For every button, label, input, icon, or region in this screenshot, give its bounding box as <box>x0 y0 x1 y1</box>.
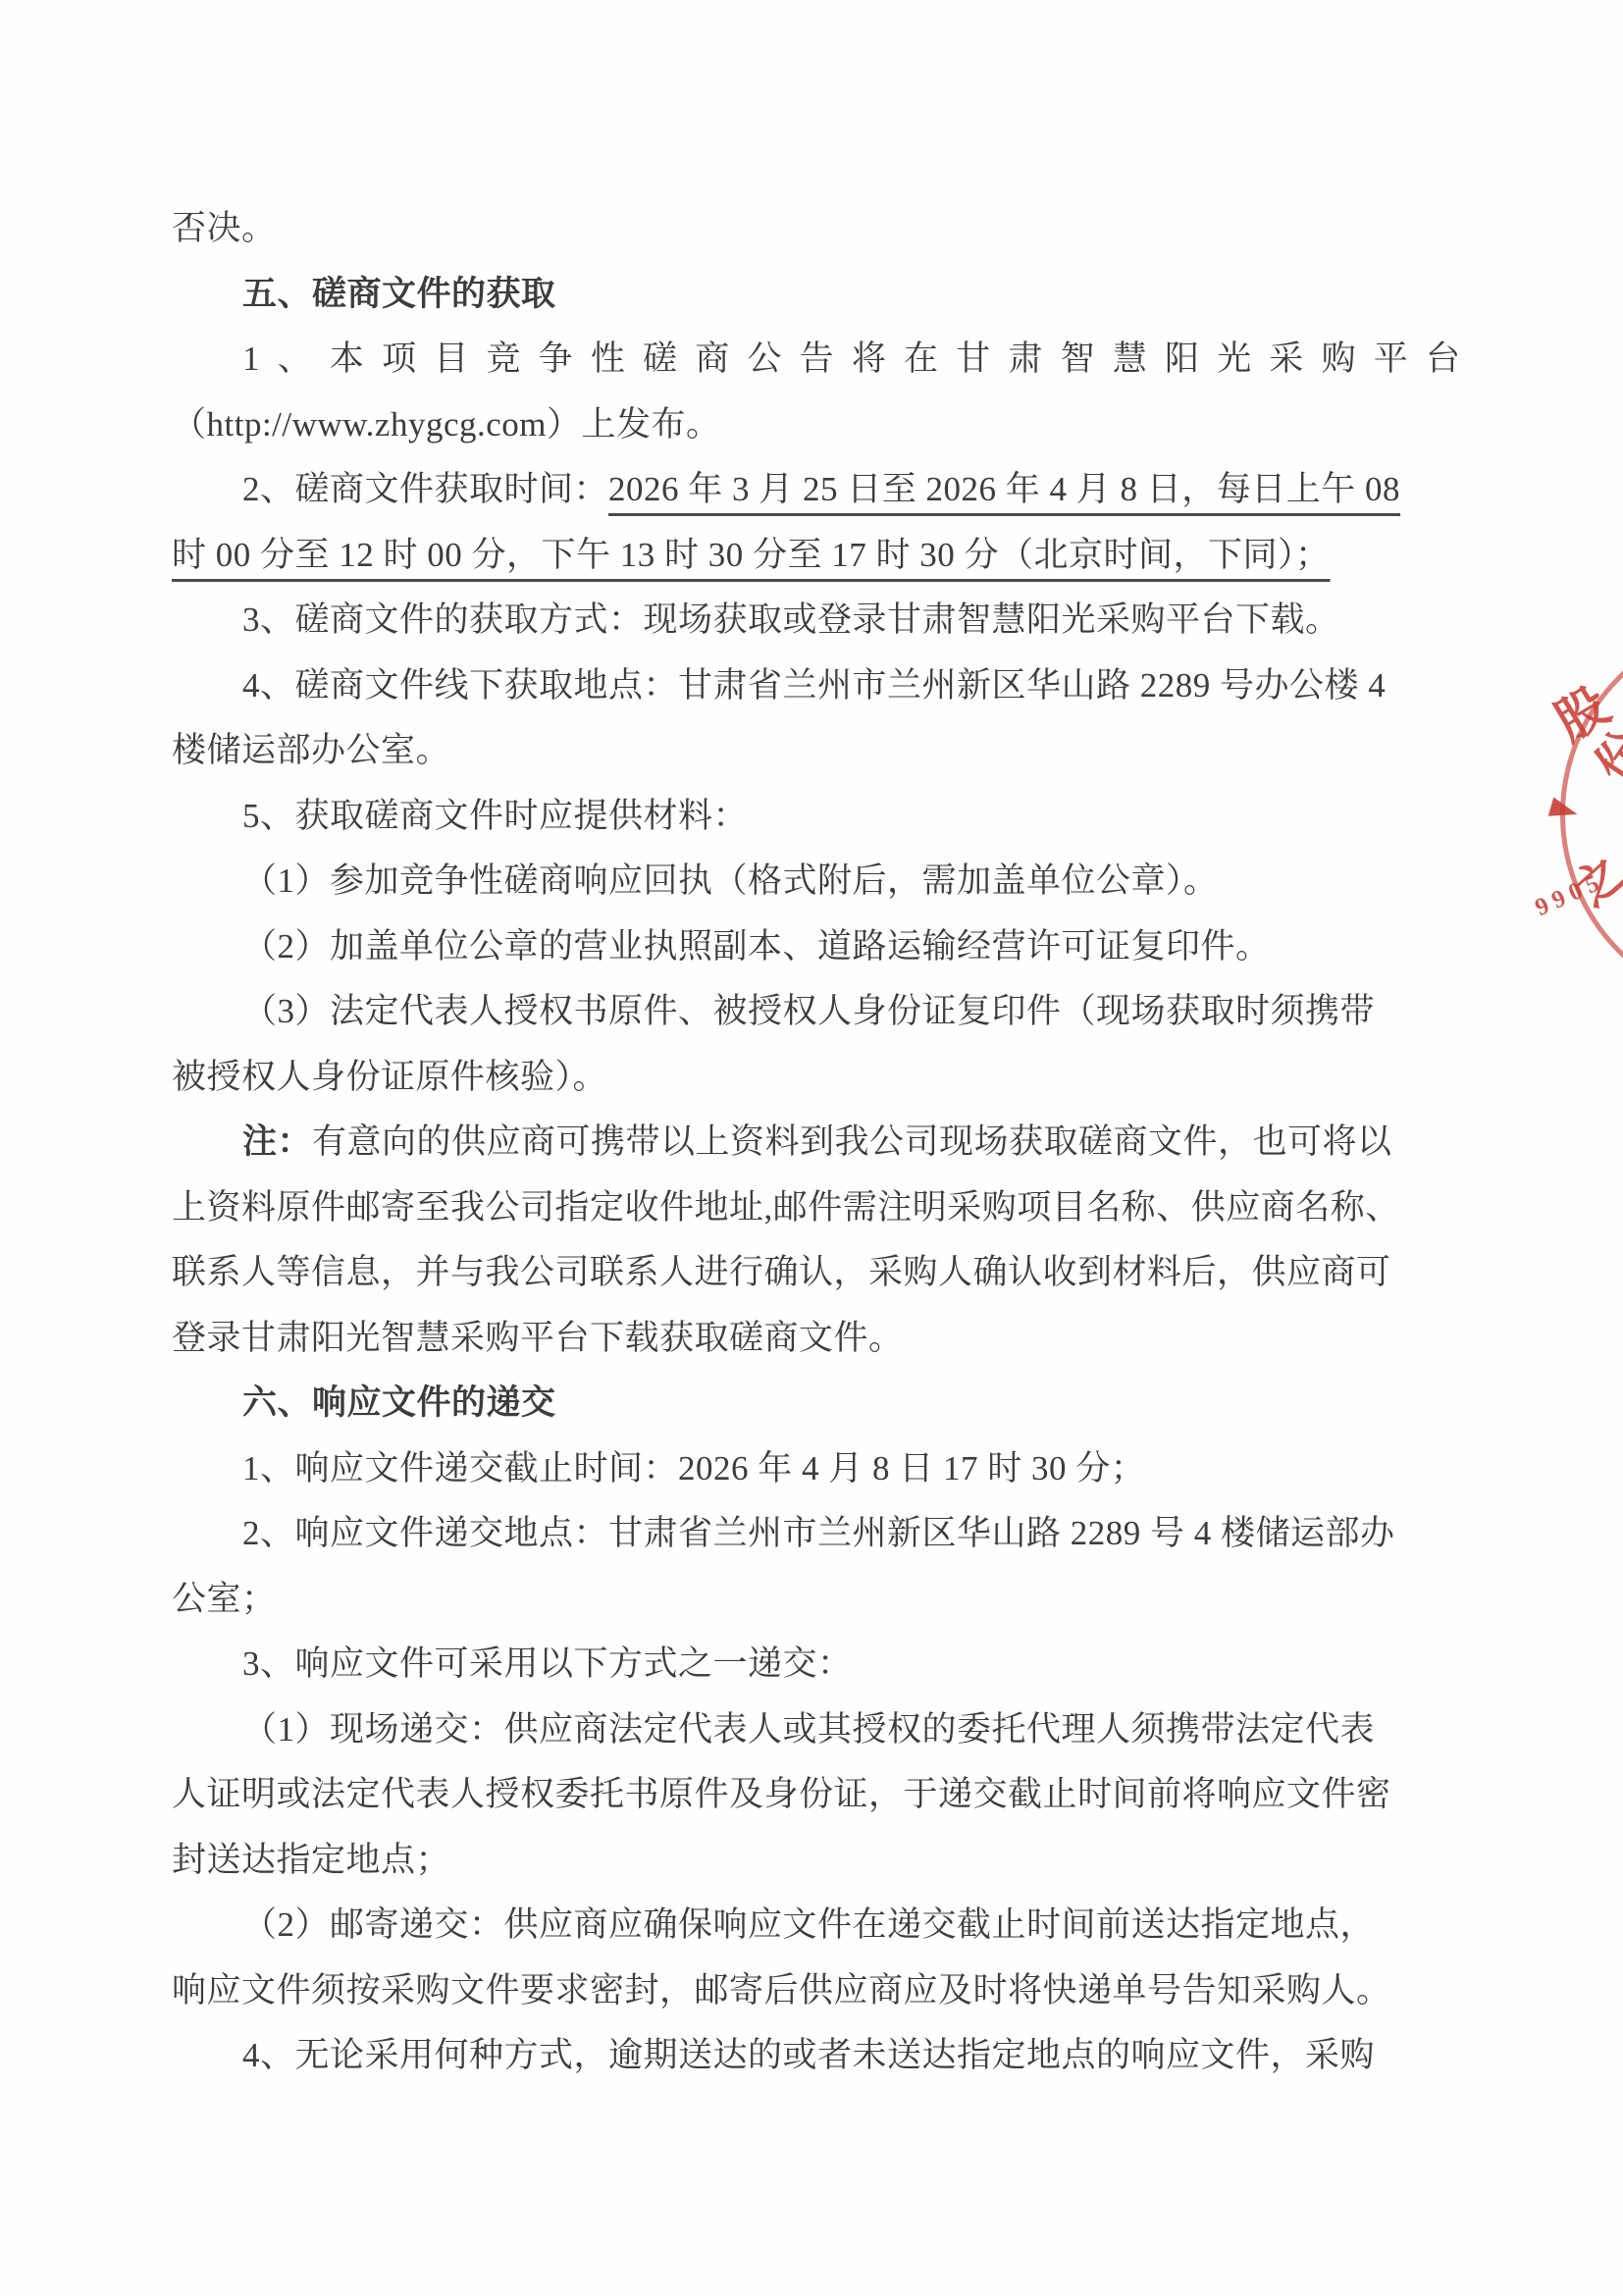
text-line-26: 封送达指定地点； <box>172 1828 1462 1894</box>
red-seal-stamp: 股 份 之 9905 <box>1531 608 1623 1020</box>
stamp-star-fragment <box>1548 798 1580 824</box>
text-segment: 3、响应文件可采用以下方式之一递交： <box>242 1644 853 1683</box>
text-segment: 5、获取磋商文件时应提供材料： <box>242 797 748 835</box>
text-segment: 公室； <box>172 1580 277 1618</box>
text-line-28: 响应文件须按采购文件要求密封，邮寄后供应商应及时将快递单号告知采购人。 <box>172 1958 1462 2024</box>
text-line-5: 2、磋商文件获取时间：2026 年 3 月 25 日至 2026 年 4 月 8… <box>172 457 1462 523</box>
text-line-25: 人证明或法定代表人授权委托书原件及身份证，于递交截止时间前将响应文件密 <box>172 1762 1462 1828</box>
text-segment: 六、响应文件的递交 <box>242 1383 556 1422</box>
text-line-17: 联系人等信息，并与我公司联系人进行确认，采购人确认收到材料后，供应商可 <box>172 1240 1462 1306</box>
text-line-22: 公室； <box>172 1567 1462 1633</box>
text-line-18: 登录甘肃阳光智慧采购平台下载获取磋商文件。 <box>172 1306 1462 1372</box>
text-line-4: （http://www.zhygcg.com）上发布。 <box>172 392 1462 458</box>
text-line-11: （1）参加竞争性磋商响应回执（格式附后，需加盖单位公章）。 <box>172 849 1462 914</box>
stamp-serial-digits: 9905 <box>1532 867 1609 922</box>
text-segment: （3）法定代表人授权书原件、被授权人身份证复印件（现场获取时须携带 <box>242 992 1375 1030</box>
text-line-1: 否决。 <box>172 196 1462 262</box>
text-segment: （1）参加竞争性磋商响应回执（格式附后，需加盖单位公章）。 <box>242 861 1219 900</box>
text-line-19: 六、响应文件的递交 <box>172 1371 1462 1436</box>
text-line-24: （1）现场递交：供应商法定代表人或其授权的委托代理人须携带法定代表 <box>172 1697 1462 1763</box>
text-segment: 3、磋商文件的获取方式：现场获取或登录甘肃智慧阳光采购平台下载。 <box>242 600 1340 639</box>
text-line-8: 4、磋商文件线下获取地点：甘肃省兰州市兰州新区华山路 2289 号办公楼 4 <box>172 653 1462 719</box>
text-segment: 2、响应文件递交地点：甘肃省兰州市兰州新区华山路 2289 号 4 楼储运部办 <box>242 1514 1395 1552</box>
text-segment: 人证明或法定代表人授权委托书原件及身份证，于递交截止时间前将响应文件密 <box>172 1775 1391 1813</box>
text-segment: （2）邮寄递交：供应商应确保响应文件在递交截止时间前送达指定地点， <box>242 1905 1375 1944</box>
text-segment: 楼储运部办公室。 <box>172 731 450 769</box>
document-page: 否决。五、磋商文件的获取1、本项目竞争性磋商公告将在甘肃智慧阳光采购平台（htt… <box>0 0 1623 2296</box>
text-line-27: （2）邮寄递交：供应商应确保响应文件在递交截止时间前送达指定地点， <box>172 1893 1462 1958</box>
stamp-character: 份 <box>1575 713 1623 794</box>
text-segment: 否决。 <box>172 209 277 247</box>
text-segment: 封送达指定地点； <box>172 1841 450 1879</box>
document-body: 否决。五、磋商文件的获取1、本项目竞争性磋商公告将在甘肃智慧阳光采购平台（htt… <box>172 196 1462 2089</box>
text-line-7: 3、磋商文件的获取方式：现场获取或登录甘肃智慧阳光采购平台下载。 <box>172 588 1462 653</box>
text-line-21: 2、响应文件递交地点：甘肃省兰州市兰州新区华山路 2289 号 4 楼储运部办 <box>172 1501 1462 1567</box>
text-line-29: 4、无论采用何种方式，逾期送达的或者未送达指定地点的响应文件，采购 <box>172 2023 1462 2089</box>
text-line-23: 3、响应文件可采用以下方式之一递交： <box>172 1632 1462 1697</box>
stamp-character: 股 <box>1539 665 1620 755</box>
text-segment: （1）现场递交：供应商法定代表人或其授权的委托代理人须携带法定代表 <box>242 1710 1375 1748</box>
text-line-14: 被授权人身份证原件核验）。 <box>172 1045 1462 1111</box>
text-segment: 登录甘肃阳光智慧采购平台下载获取磋商文件。 <box>172 1319 904 1357</box>
text-segment: 注： <box>242 1122 312 1161</box>
text-line-6: 时 00 分至 12 时 00 分，下午 13 时 30 分至 17 时 30 … <box>172 523 1462 589</box>
text-line-12: （2）加盖单位公章的营业执照副本、道路运输经营许可证复印件。 <box>172 914 1462 980</box>
text-segment: 1、响应文件递交截止时间：2026 年 4 月 8 日 17 时 30 分； <box>242 1449 1145 1487</box>
text-line-15: 注：有意向的供应商可携带以上资料到我公司现场获取磋商文件，也可将以 <box>172 1110 1462 1175</box>
stamp-ring-arc <box>1560 618 1623 1011</box>
text-segment: 4、无论采用何种方式，逾期送达的或者未送达指定地点的响应文件，采购 <box>242 2036 1375 2074</box>
text-segment: 五、磋商文件的获取 <box>242 275 556 313</box>
text-line-13: （3）法定代表人授权书原件、被授权人身份证复印件（现场获取时须携带 <box>172 979 1462 1045</box>
text-segment: 联系人等信息，并与我公司联系人进行确认，采购人确认收到材料后，供应商可 <box>172 1253 1391 1291</box>
text-segment: （2）加盖单位公章的营业执照副本、道路运输经营许可证复印件。 <box>242 927 1271 965</box>
stamp-character: 之 <box>1557 837 1623 918</box>
text-segment: 2、磋商文件获取时间： <box>242 470 608 508</box>
text-line-2: 五、磋商文件的获取 <box>172 262 1462 328</box>
text-line-20: 1、响应文件递交截止时间：2026 年 4 月 8 日 17 时 30 分； <box>172 1436 1462 1502</box>
text-segment: 时 00 分至 12 时 00 分，下午 13 时 30 分至 17 时 30 … <box>172 536 1331 574</box>
text-segment: 上资料原件邮寄至我公司指定收件地址,邮件需注明采购项目名称、供应商名称、 <box>172 1188 1400 1226</box>
text-segment: 1、本项目竞争性磋商公告将在甘肃智慧阳光采购平台 <box>242 339 1462 378</box>
text-segment: 2026 年 3 月 25 日至 2026 年 4 月 8 日，每日上午 08 <box>608 470 1400 508</box>
text-segment: 4、磋商文件线下获取地点：甘肃省兰州市兰州新区华山路 2289 号办公楼 4 <box>242 666 1386 704</box>
text-line-3: 1、本项目竞争性磋商公告将在甘肃智慧阳光采购平台 <box>172 327 1462 392</box>
text-line-16: 上资料原件邮寄至我公司指定收件地址,邮件需注明采购项目名称、供应商名称、 <box>172 1175 1462 1241</box>
text-segment: 被授权人身份证原件核验）。 <box>172 1058 607 1096</box>
text-segment: 响应文件须按采购文件要求密封，邮寄后供应商应及时将快递单号告知采购人。 <box>172 1971 1391 2009</box>
text-segment: （http://www.zhygcg.com）上发布。 <box>172 405 721 444</box>
text-line-10: 5、获取磋商文件时应提供材料： <box>172 784 1462 850</box>
text-line-9: 楼储运部办公室。 <box>172 718 1462 784</box>
text-segment: 有意向的供应商可携带以上资料到我公司现场获取磋商文件，也可将以 <box>312 1122 1392 1161</box>
